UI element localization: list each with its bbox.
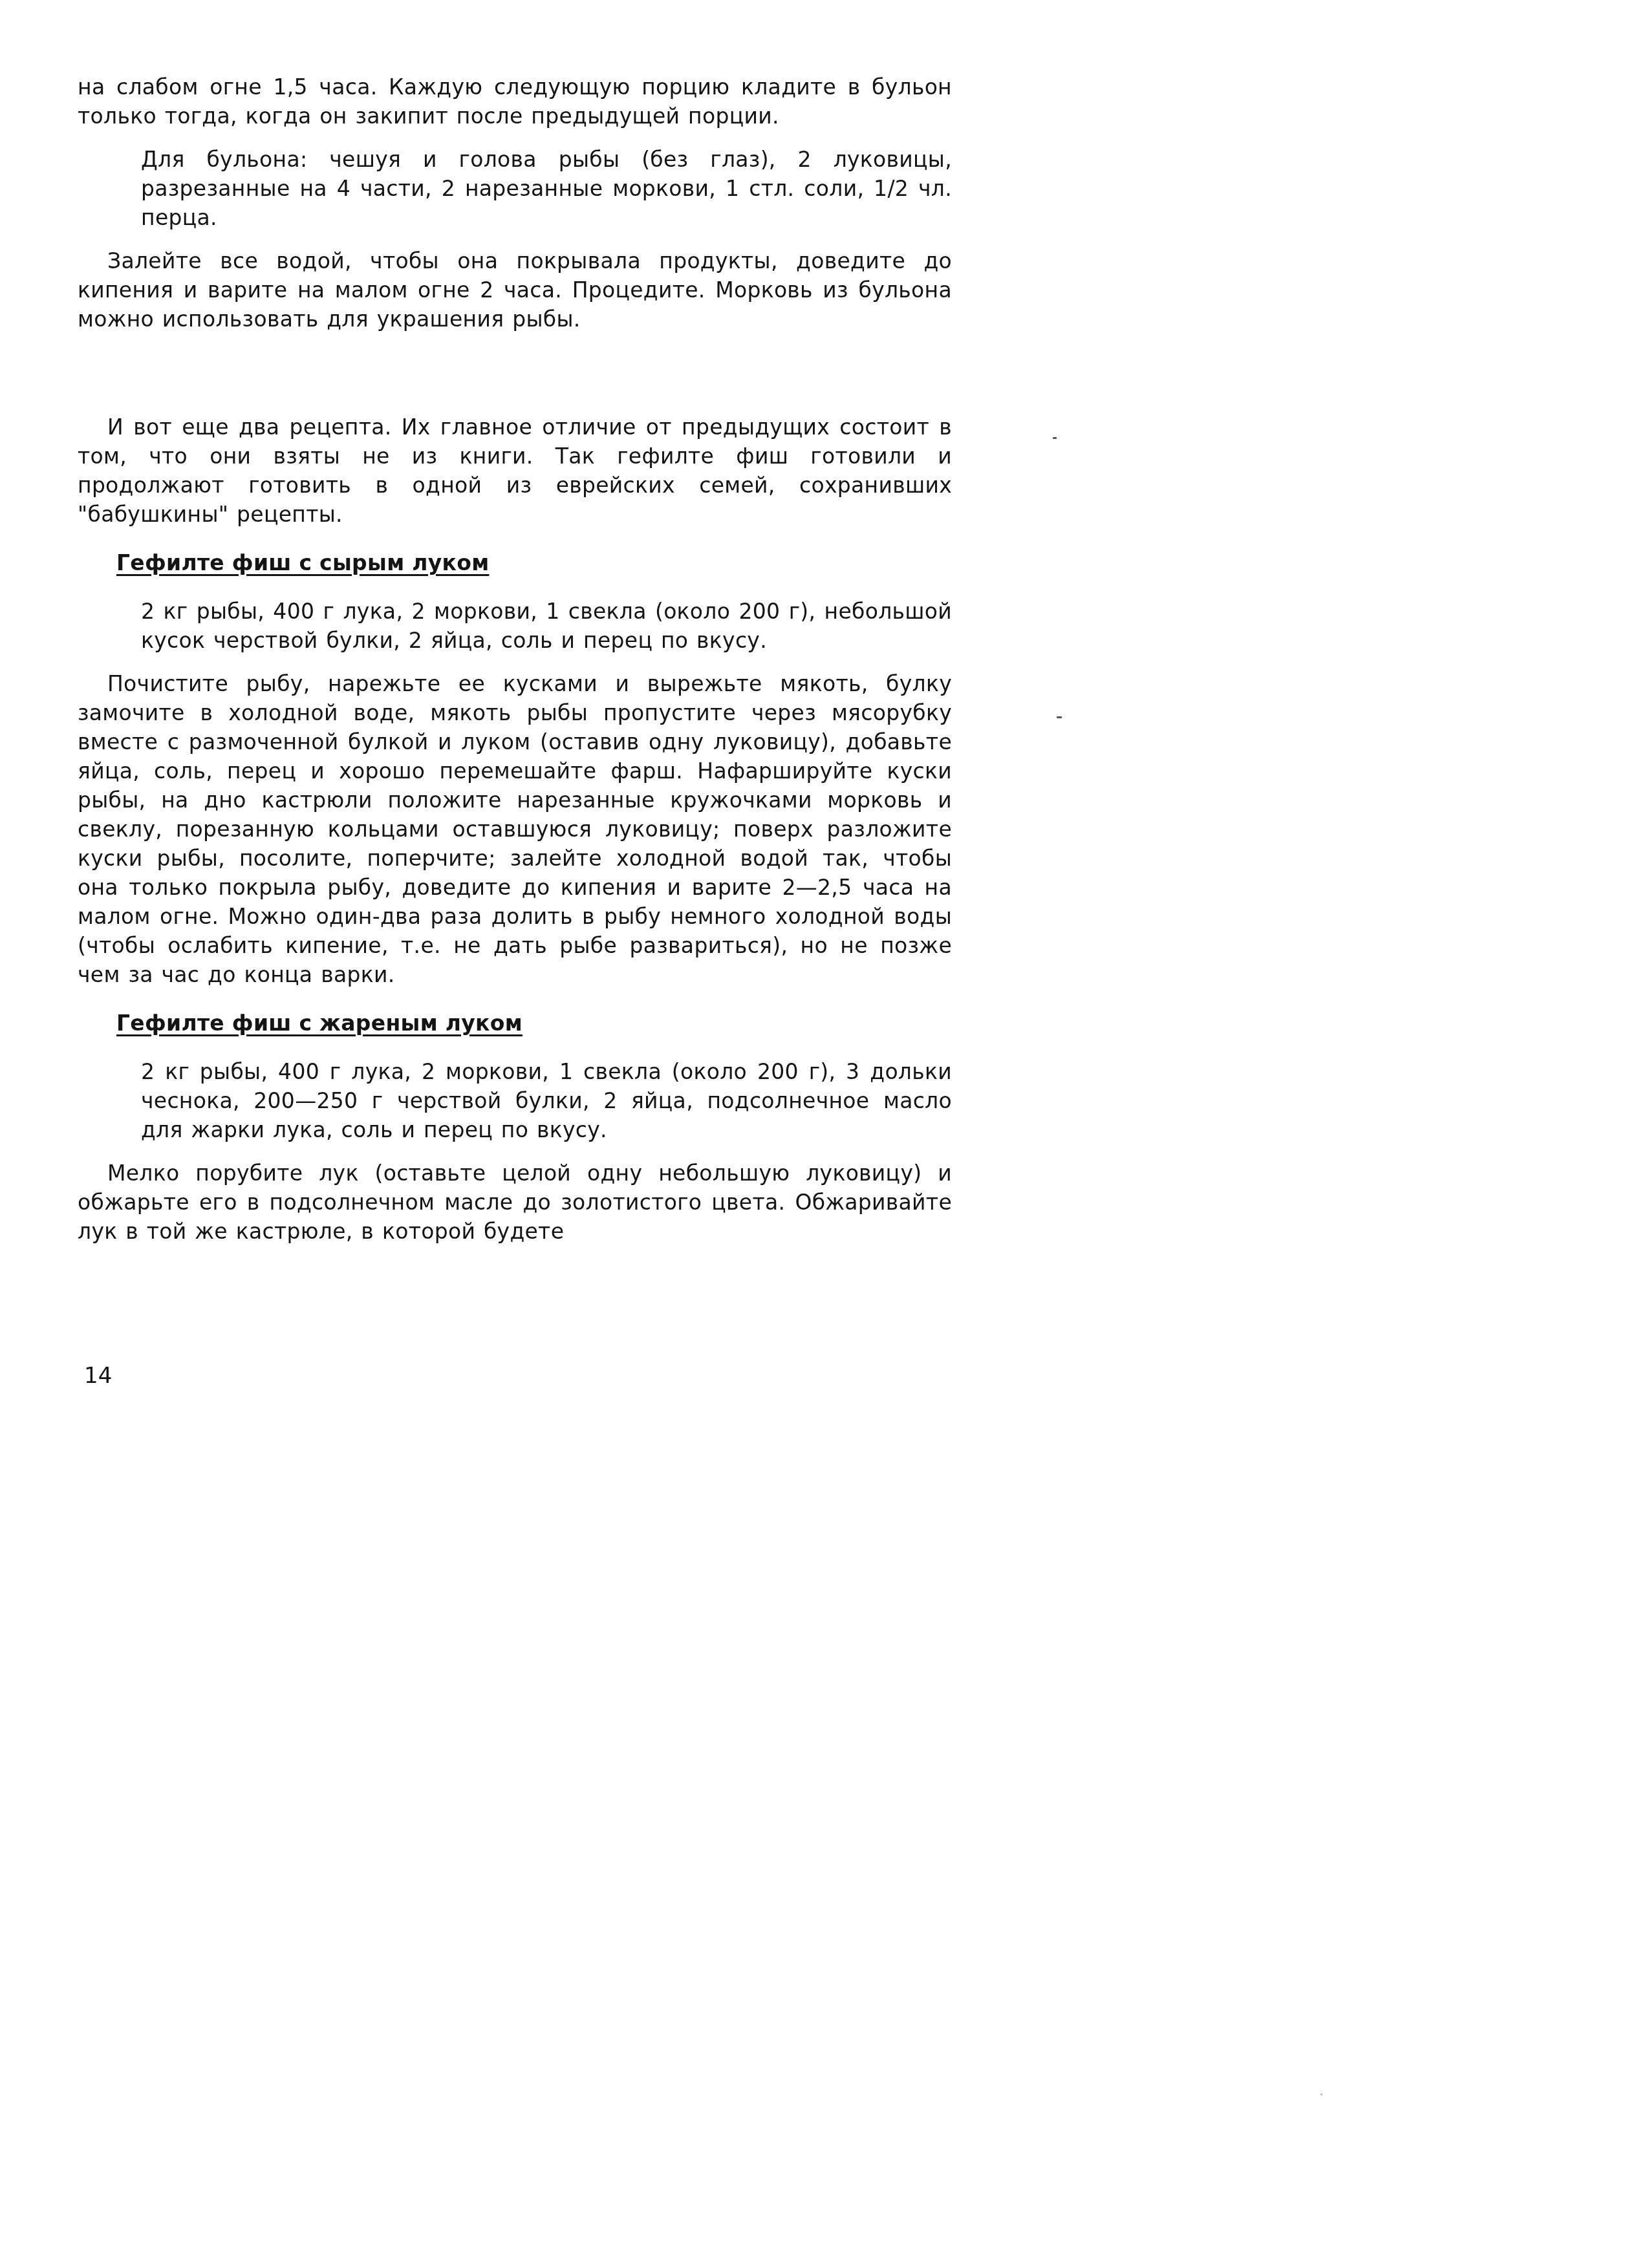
spacer [78,232,952,246]
spacer [78,131,952,145]
spacer [78,1144,952,1159]
recipe-ingredients-fried-onion: 2 кг рыбы, 400 г лука, 2 моркови, 1 свек… [141,1057,952,1144]
recipe-title-raw-onion: Гефилте фиш с сырым луком [116,548,489,577]
spacer [78,989,952,1009]
spacer [78,334,952,412]
recipe-title-fried-onion: Гефилте фиш с жареным луком [116,1009,523,1038]
scan-speck [1053,437,1057,439]
spacer [78,577,952,597]
recipe-title-row: Гефилте фиш с сырым луком [78,548,952,577]
spacer [78,655,952,669]
text-column: на слабом огне 1,5 часа. Каждую следующу… [78,72,952,1246]
page-number: 14 [84,1363,112,1389]
recipe-title-row: Гефилте фиш с жареным луком [78,1009,952,1038]
scan-speck [1057,716,1062,718]
recipe-ingredients-raw-onion: 2 кг рыбы, 400 г лука, 2 моркови, 1 свек… [141,597,952,655]
scan-speck [1320,2093,1322,2095]
spacer [78,1038,952,1057]
intro-paragraph: И вот еще два рецепта. Их главное отличи… [78,412,952,529]
broth-ingredients: Для бульона: чешуя и голова рыбы (без гл… [141,145,952,232]
broth-instructions: Залейте все водой, чтобы она покрывала п… [78,246,952,334]
continuation-paragraph: на слабом огне 1,5 часа. Каждую следующу… [78,72,952,131]
recipe-instructions-fried-onion: Мелко порубите лук (оставьте целой одну … [78,1159,952,1246]
book-page: на слабом огне 1,5 часа. Каждую следующу… [0,0,1649,2268]
recipe-instructions-raw-onion: Почистите рыбу, нарежьте ее кусками и вы… [78,669,952,989]
spacer [78,529,952,548]
